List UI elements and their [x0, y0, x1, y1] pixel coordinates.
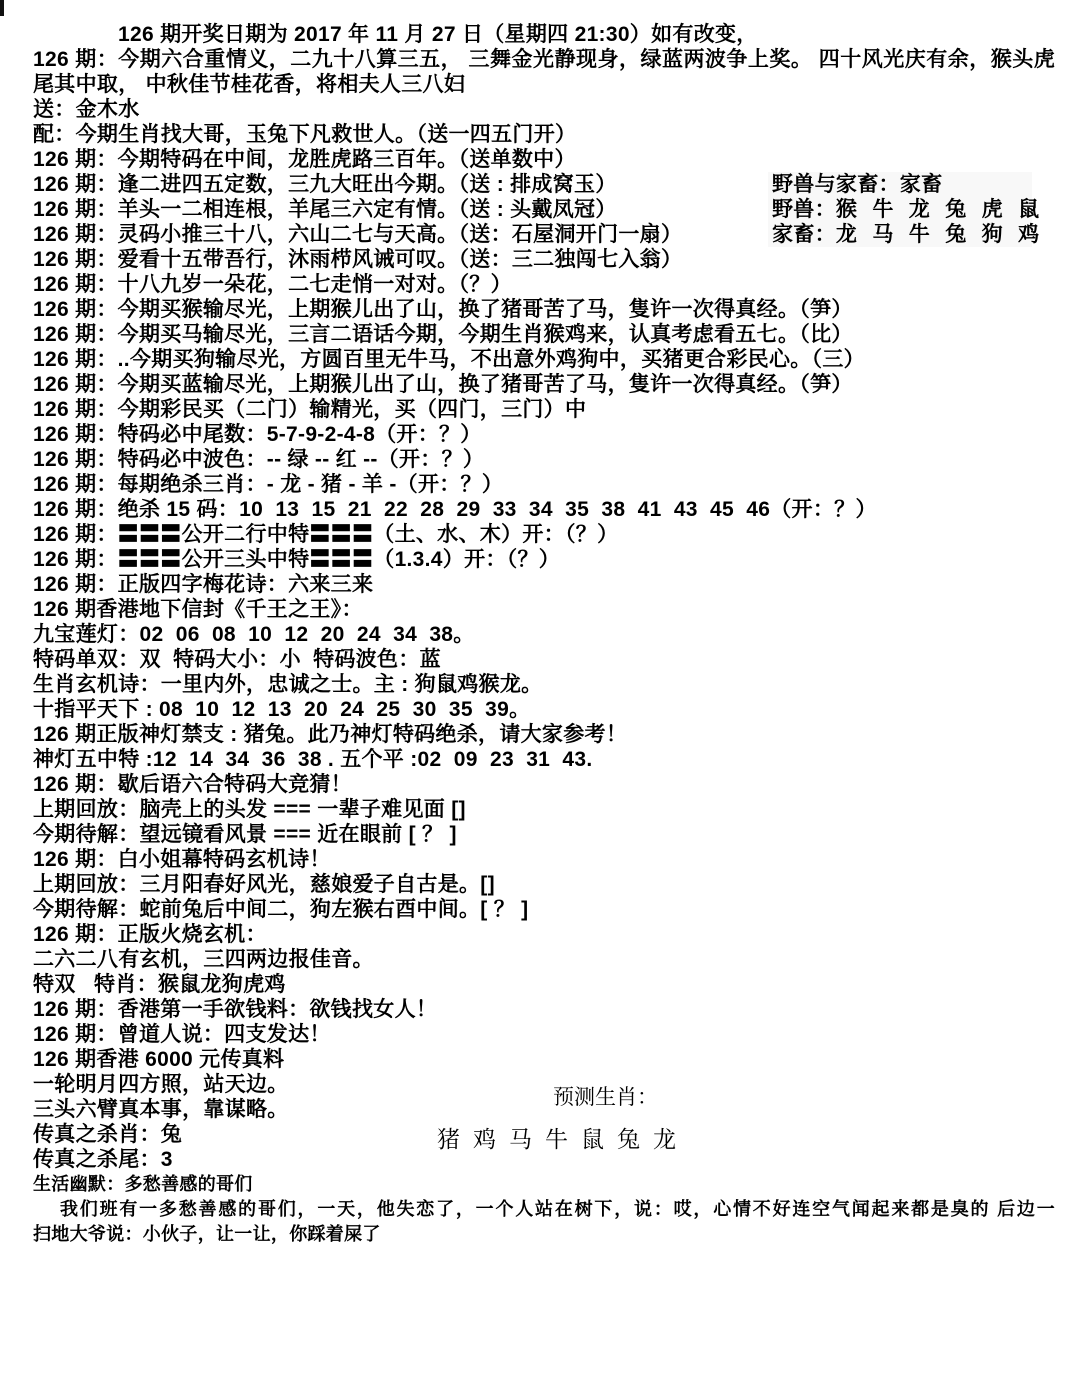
text-line: 尾其中取， 中秋佳节桂花香，将相夫人三八妇 [33, 72, 1063, 97]
zodiac-item: 马 [509, 1126, 531, 1154]
text-line: 126 期：正版四字梅花诗：六来三来 [33, 572, 1063, 597]
text-line: 126 期：曾道人说：四支发达！ [33, 1022, 1063, 1047]
text-line: 126 期：绝杀 15 码：10 13 15 21 22 28 29 33 34… [33, 497, 1063, 522]
text-line: 126 期：白小姐幕特码玄机诗！ [33, 847, 1063, 872]
zodiac-item: 兔 [617, 1126, 639, 1154]
text-line: 126 期香港地下信封《千王之王》： [33, 597, 1063, 622]
text-line: 126 期：正版火烧玄机： [33, 922, 1063, 947]
domestic-animals-line: 家畜：龙 马 牛 兔 狗 鸡 [772, 222, 1028, 247]
text-line: 126 期：〓〓〓公开三头中特〓〓〓（1.3.4）开：（？） [33, 547, 1063, 572]
prediction-title: 预测生肖： [553, 1084, 658, 1110]
text-line: 特双 特肖：猴鼠龙狗虎鸡 [33, 972, 1063, 997]
text-line: 126 期正版神灯禁支 : 猪兔。此乃神灯特码绝杀，请大家参考！ [33, 722, 1063, 747]
text-line: 126 期：每期绝杀三肖：- 龙 - 猪 - 羊 -（开：？） [33, 472, 1063, 497]
zodiac-item: 龙 [653, 1126, 675, 1154]
text-line: 配：今期生肖找大哥，玉兔下凡救世人。（送一四五门开） [33, 122, 1063, 147]
text-line: 特码单双：双 特码大小：小 特码波色：蓝 [33, 647, 1063, 672]
zodiac-item: 鼠 [581, 1126, 603, 1154]
text-line: 126 期：今期特码在中间，龙胜虎路三百年。（送单数中） [33, 147, 1063, 172]
text-line: 生肖玄机诗：一里内外，忠诚之士。主 : 狗鼠鸡猴龙。 [33, 672, 1063, 697]
text-line: 神灯五中特 :12 14 34 36 38 . 五个平 :02 09 23 31… [33, 747, 1063, 772]
zodiac-item: 牛 [545, 1126, 567, 1154]
humor-story-line: 扫地大爷说：小伙子，让一让，你踩着屎了 [33, 1222, 1063, 1247]
text-line: 126 期：今期彩民买（二门）输精光，买（四门，三门）中 [33, 397, 1063, 422]
text-line: 一轮明月四方照，站天边。 [33, 1072, 1063, 1097]
text-line: 十指平天下 : 08 10 12 13 20 24 25 30 35 39。 [33, 697, 1063, 722]
wild-domestic-title: 野兽与家畜：家畜 [772, 172, 1028, 197]
zodiac-item: 鸡 [473, 1126, 495, 1154]
text-line: 126 期：今期买猴输尽光，上期猴儿出了山，换了猪哥苦了马，隻许一次得真经。（笋… [33, 297, 1063, 322]
draw-notice: 126 期开奖日期为 2017 年 11 月 27 日（星期四 21:30）如有… [33, 22, 1063, 47]
text-line: 九宝莲灯：02 06 08 10 12 20 24 34 38。 [33, 622, 1063, 647]
humor-story-line: 我们班有一多愁善感的哥们，一天，他失恋了，一个人站在树下，说：哎，心情不好连空气… [33, 1197, 1055, 1222]
text-line: 二六二八有玄机，三四两边报佳音。 [33, 947, 1063, 972]
text-line: 上期回放：脑壳上的头发 === 一辈子难见面 [] [33, 797, 1063, 822]
text-line: 送：金木水 [33, 97, 1063, 122]
text-line: 126 期：爱看十五带吾行，沐雨栉风诫可叹。（送：三二独闯七入翁） [33, 247, 1063, 272]
text-line: 126 期：..今期买狗输尽光，方圆百里无牛马，不出意外鸡狗中，买猪更合彩民心。… [33, 347, 1063, 372]
wild-animals-line: 野兽：猴 牛 龙 兔 虎 鼠 [772, 197, 1028, 222]
text-line: 今期待解：蛇前兔后中间二，狗左猴右酉中间。[ ？ ] [33, 897, 1063, 922]
humor-title: 生活幽默：多愁善感的哥们 [33, 1172, 1063, 1197]
text-line: 126 期：今期六合重情义，二九十八算三五， 三舞金光静现身，绿蓝两波争上奖。 … [33, 47, 1055, 72]
text-line: 126 期：〓〓〓公开二行中特〓〓〓（土、水、木）开：（？） [33, 522, 1063, 547]
text-line: 126 期：歇后语六合特码大竞猜！ [33, 772, 1063, 797]
text-line: 126 期：今期买马输尽光，三言二语话今期，今期生肖猴鸡来，认真考虑看五七。（比… [33, 322, 1063, 347]
text-line: 126 期：香港第一手欲钱料：欲钱找女人！ [33, 997, 1063, 1022]
text-line: 126 期：特码必中波色：-- 绿 -- 红 --（开：？） [33, 447, 1063, 472]
text-line: 126 期香港 6000 元传真料 [33, 1047, 1063, 1072]
wild-domestic-box: 野兽与家畜：家畜 野兽：猴 牛 龙 兔 虎 鼠 家畜：龙 马 牛 兔 狗 鸡 [768, 172, 1032, 247]
text-line: 126 期：特码必中尾数：5-7-9-2-4-8（开：？） [33, 422, 1063, 447]
text-line: 上期回放：三月阳春好风光，慈娘爱子自古是。[] [33, 872, 1063, 897]
prediction-zodiac-list: 猪 鸡 马 牛 鼠 兔 龙 [437, 1126, 675, 1154]
corner-mark [0, 0, 4, 16]
text-line: 今期待解：望远镜看风景 === 近在眼前 [ ？ ] [33, 822, 1063, 847]
zodiac-item: 猪 [437, 1126, 459, 1154]
text-line: 三头六臂真本事，靠谋略。 [33, 1097, 1063, 1122]
text-line: 126 期：十八九岁一朵花，二七走悄一对对。（？） [33, 272, 1063, 297]
text-line: 126 期：今期买蓝输尽光，上期猴儿出了山，换了猪哥苦了马，隻许一次得真经。（笋… [33, 372, 1063, 397]
